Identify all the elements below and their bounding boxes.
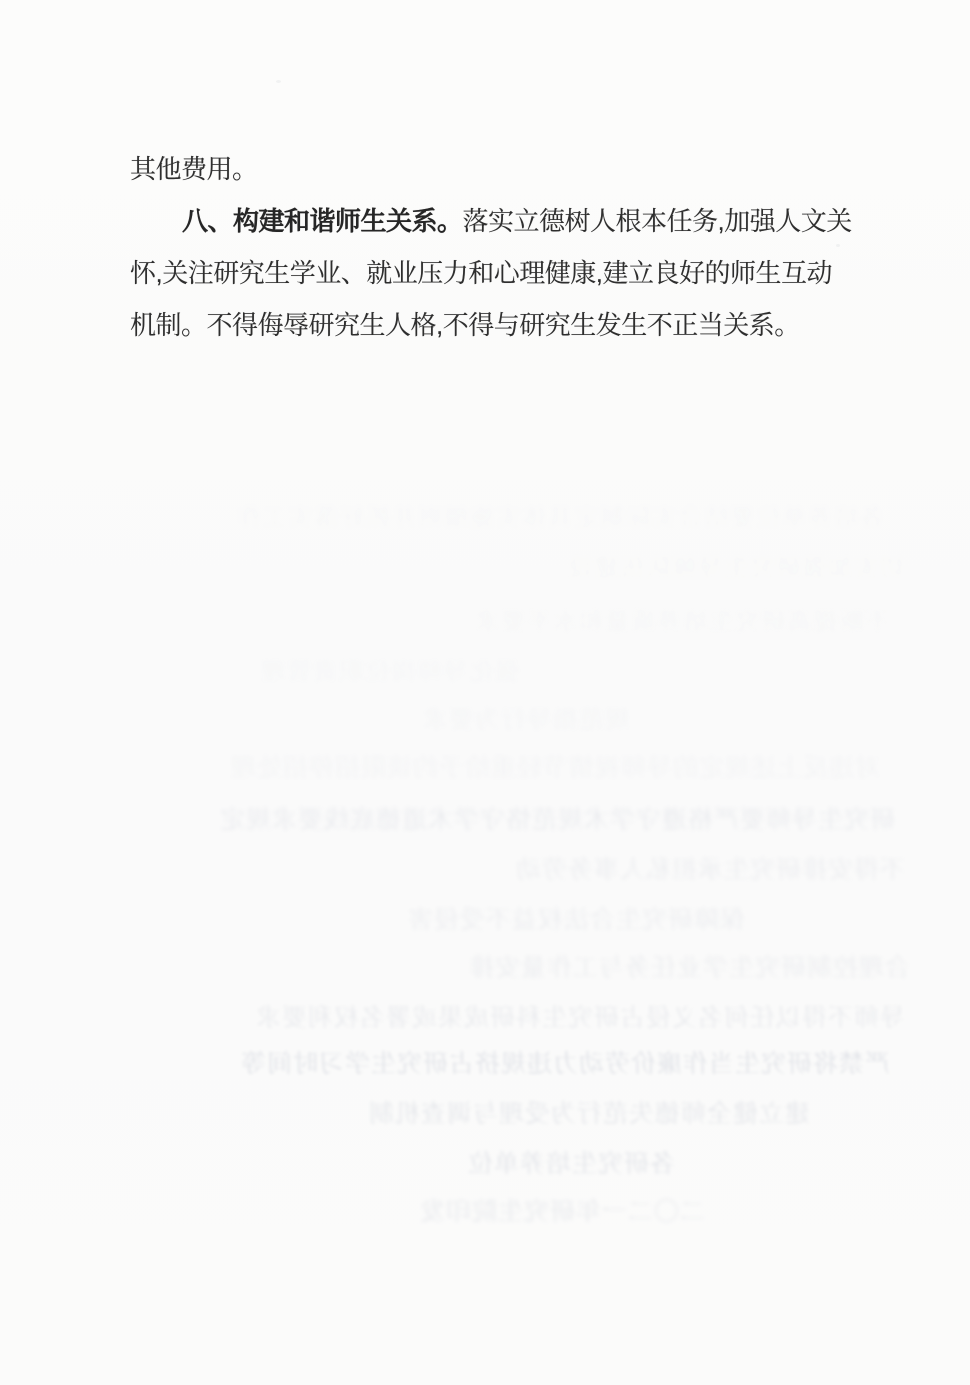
bleed-through-line: 保障研究生合法权益不受侵害 [275, 900, 745, 936]
section-heading-bold: 八、构建和谐师生关系。 [182, 206, 463, 236]
bleed-through-line: 切实加强研究生导师队伍建设 [490, 548, 905, 584]
text-line-4: 机制。不得侮辱研究生人格,不得与研究生发生不正当关系。 [130, 299, 856, 351]
text-line-1: 其他费用。 [130, 143, 856, 195]
bleed-through-line: 二〇二一年研究生院印发 [330, 1192, 705, 1228]
scan-artifact-speck [276, 80, 281, 83]
bleed-through-line: 各培养单位要结合实际制定具体实施细则并抓好落实工作 [115, 498, 885, 534]
bleed-through-line: 建立健全师德失范行为受理与调查机制 [330, 1094, 810, 1130]
bleed-through-line: 强化导师岗位职责管理 [140, 652, 520, 688]
scanned-document-page: 各培养单位要结合实际制定具体实施细则并抓好落实工作切实加强研究生导师队伍建设不断… [0, 0, 970, 1385]
section-body-start: 落实立德树人根本任务,加强人文关 [463, 206, 852, 236]
bleed-through-line: 合理控制研究生学业任务与工作量安排 [335, 948, 910, 984]
text-line-2: 八、构建和谐师生关系。落实立德树人根本任务,加强人文关 [130, 195, 856, 247]
bleed-through-line: 规范指导行为要求 [390, 700, 630, 736]
text-line-3: 怀,关注研究生学业、就业压力和心理健康,建立良好的师生互动 [130, 247, 856, 299]
bleed-through-line: 各研究生培养单位 [385, 1144, 675, 1180]
bleed-through-line: 导师不得以任何名义侵占研究生科研成果或署名权利要求 [175, 998, 905, 1034]
scan-artifact-speck [836, 244, 840, 247]
bleed-through-line: 严禁将研究生当作廉价劳动力违规挤占研究生学习时间等 [180, 1044, 890, 1080]
bleed-through-line: 不断提高研究生培养质量和水平要求 [300, 602, 890, 638]
bleed-through-line: 对违反上述规定的导师视情节轻重给予约谈限招停招处理 [140, 748, 880, 784]
document-body-text: 其他费用。 八、构建和谐师生关系。落实立德树人根本任务,加强人文关 怀,关注研究… [130, 143, 856, 351]
bleed-through-line: 研究生导师要严格遵守学术规范恪守学术道德底线要求规定 [130, 800, 895, 836]
bleed-through-line: 不得安排研究生承担私人事务劳动 [370, 850, 905, 886]
